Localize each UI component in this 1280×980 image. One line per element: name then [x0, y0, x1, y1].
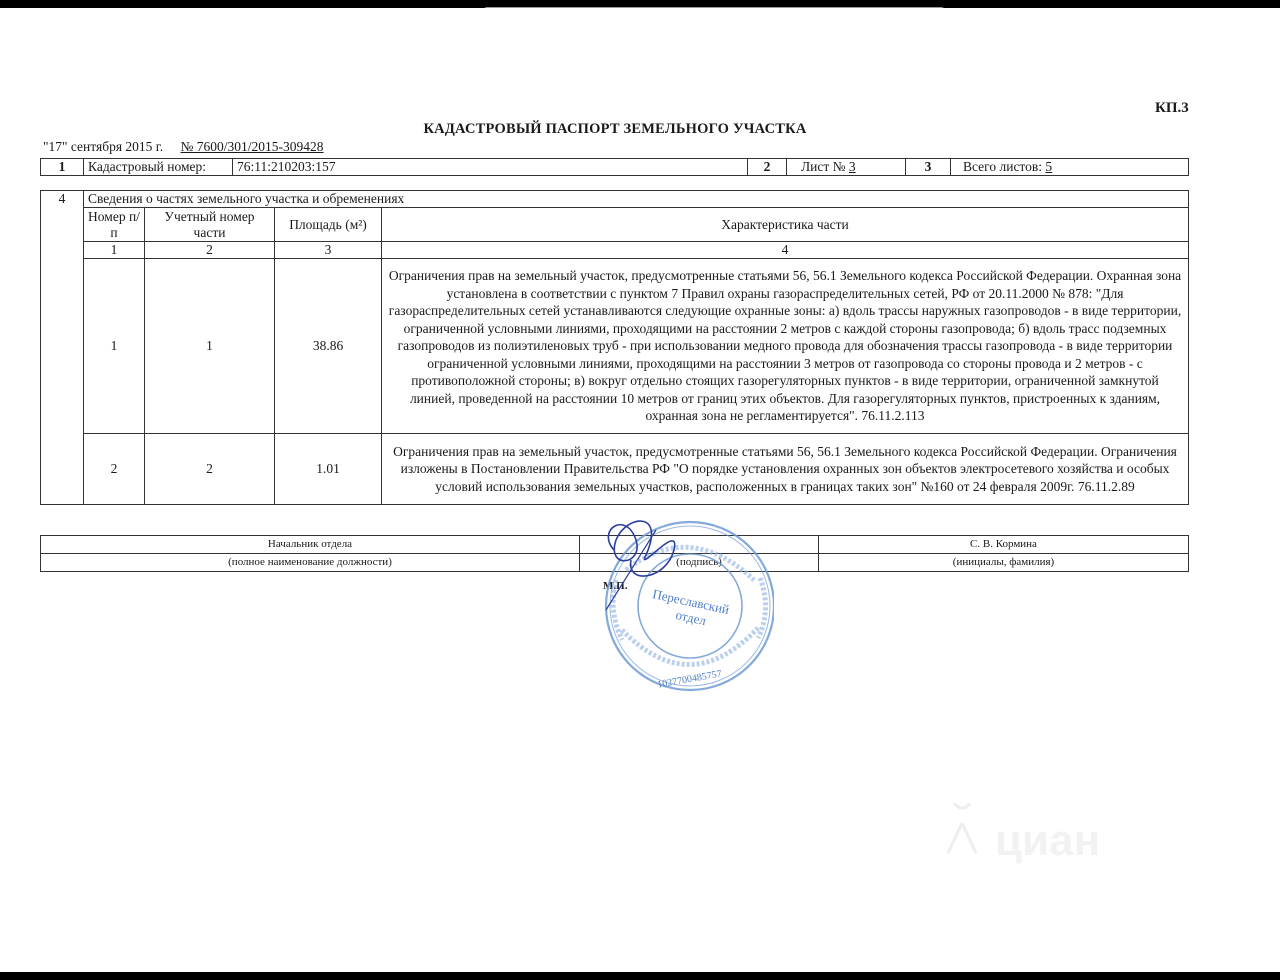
total-sheets-value: 5	[1045, 159, 1052, 174]
part-number: 2	[145, 434, 275, 505]
part-area: 38.86	[275, 259, 382, 434]
name-caption: (инициалы, фамилия)	[819, 554, 1189, 572]
document-date: "17" сентября 2015 г.	[43, 139, 163, 154]
document-title: КАДАСТРОВЫЙ ПАСПОРТ ЗЕМЕЛЬНОГО УЧАСТКА	[0, 121, 1230, 138]
sheet-value: 3	[849, 159, 856, 174]
cadastral-number: 76:11:210203:157	[233, 159, 748, 176]
parts-table: 4 Сведения о частях земельного участка и…	[40, 190, 1189, 505]
sheet-number: Лист № 3	[787, 159, 906, 176]
official-stamp: Переславский отдел 1027700485757	[586, 510, 774, 698]
signer-name: С. В. Кормина	[819, 536, 1189, 554]
column-number: 2	[145, 242, 275, 259]
column-number: 4	[382, 242, 1189, 259]
document-page: КП.3 КАДАСТРОВЫЙ ПАСПОРТ ЗЕМЕЛЬНОГО УЧАС…	[0, 8, 1280, 972]
row-number: 1	[84, 259, 145, 434]
column-header: Характеристика части	[382, 208, 1189, 242]
column-header: Площадь (м²)	[275, 208, 382, 242]
row-number: 2	[84, 434, 145, 505]
part-description: Ограничения прав на земельный участок, п…	[382, 434, 1189, 505]
signature-scribble	[608, 521, 674, 576]
document-number: № 7600/301/2015-309428	[181, 139, 324, 154]
total-sheets: Всего листов: 5	[951, 159, 1189, 176]
watermark: циан	[995, 816, 1100, 866]
header-table: 1 Кадастровый номер: 76:11:210203:157 2 …	[40, 158, 1189, 176]
table-row: 1 1 38.86 Ограничения прав на земельный …	[41, 259, 1189, 434]
section-title: Сведения о частях земельного участка и о…	[84, 191, 1189, 208]
part-number: 1	[145, 259, 275, 434]
position-title: Начальник отдела	[41, 536, 580, 554]
column-header: Учетный номер части	[145, 208, 275, 242]
form-code: КП.3	[1155, 100, 1189, 117]
part-area: 1.01	[275, 434, 382, 505]
cadastral-label: Кадастровый номер:	[84, 159, 233, 176]
part-description: Ограничения прав на земельный участок, п…	[382, 259, 1189, 434]
position-caption: (полное наименование должности)	[41, 554, 580, 572]
column-header: Номер п/п	[84, 208, 145, 242]
field-number: 2	[748, 159, 787, 176]
watermark-logo-icon	[942, 803, 982, 863]
column-number: 1	[84, 242, 145, 259]
section-number: 4	[41, 191, 84, 505]
document-date-line: "17" сентября 2015 г. № 7600/301/2015-30…	[43, 139, 324, 155]
column-number: 3	[275, 242, 382, 259]
field-number: 1	[41, 159, 84, 176]
field-number: 3	[906, 159, 951, 176]
table-row: 2 2 1.01 Ограничения прав на земельный у…	[41, 434, 1189, 505]
